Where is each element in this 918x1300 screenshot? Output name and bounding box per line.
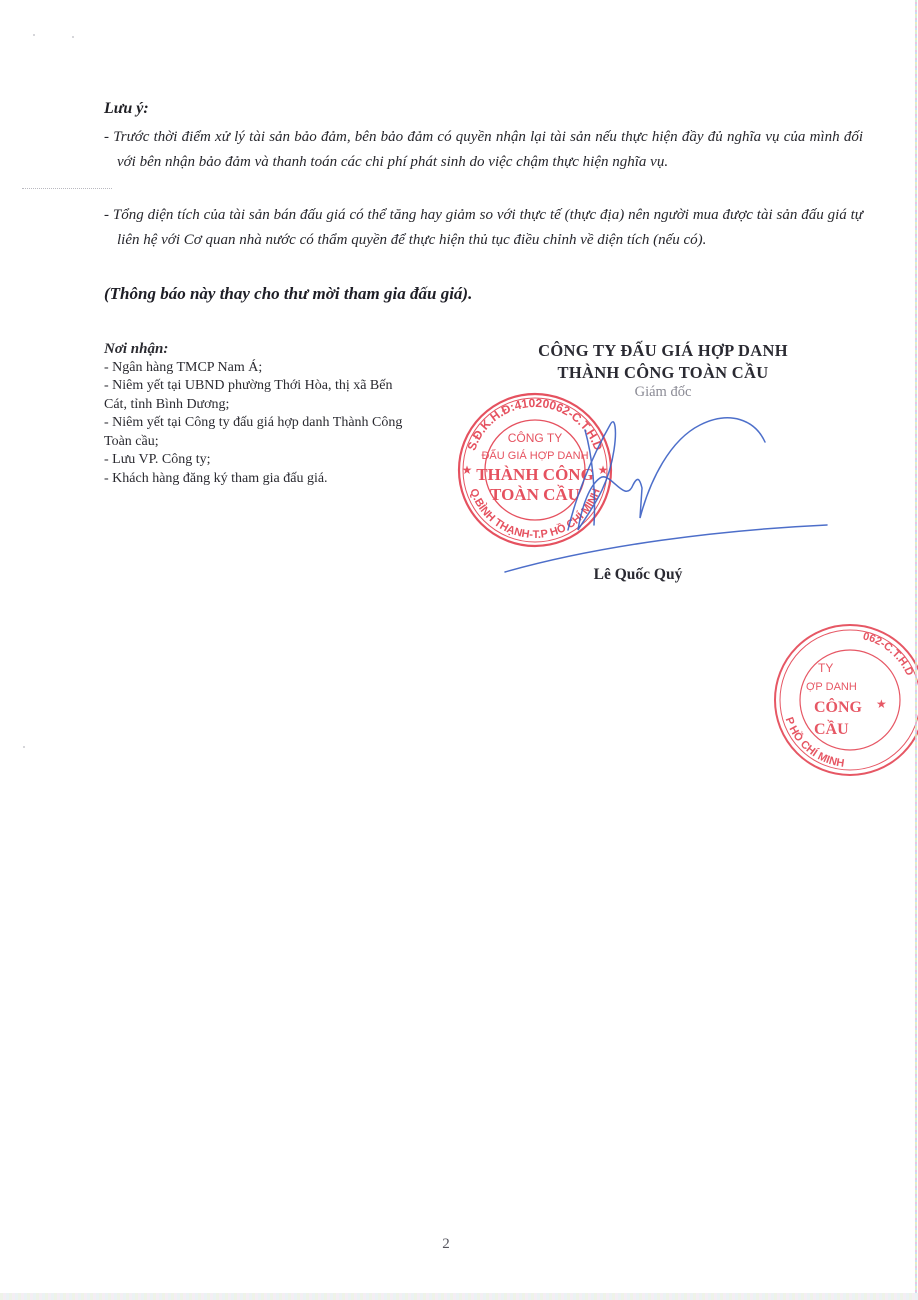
signer-position: Giám đốc xyxy=(478,384,848,401)
document-page: Lưu ý: - Trước thời điểm xử lý tài sản b… xyxy=(0,0,918,1300)
svg-text:P HỒ CHÍ MINH: P HỒ CHÍ MINH xyxy=(783,716,845,770)
svg-text:THÀNH CÔNG: THÀNH CÔNG xyxy=(476,465,594,484)
recipients-block: Nơi nhận: - Ngân hàng TMCP Nam Á; - Niêm… xyxy=(104,340,404,488)
svg-text:★: ★ xyxy=(598,463,609,477)
recipient-item: - Niêm yết tại Công ty đấu giá hợp danh … xyxy=(104,414,404,451)
signer-name: Lê Quốc Quý xyxy=(478,566,798,584)
recipient-item: - Niêm yết tại UBND phường Thới Hòa, thị… xyxy=(104,377,404,414)
svg-text:062-C.T.H.D: 062-C.T.H.D xyxy=(862,630,916,677)
scan-speck xyxy=(33,34,35,36)
company-line: THÀNH CÔNG TOÀN CẦU xyxy=(478,362,848,384)
stamp-and-signature-layer: S.Đ.K.H.Đ:41020062-C.T.H.D Q.BÌNH THẠNH-… xyxy=(0,0,918,1300)
recipient-item: - Khách hàng đăng ký tham gia đấu giá. xyxy=(104,470,404,489)
note-title: Lưu ý: xyxy=(104,100,149,118)
scan-speck xyxy=(72,36,74,38)
svg-text:ỢP DANH: ỢP DANH xyxy=(806,681,857,693)
company-seal-icon: S.Đ.K.H.Đ:41020062-C.T.H.D Q.BÌNH THẠNH-… xyxy=(459,394,611,546)
notice-text: (Thông báo này thay cho thư mời tham gia… xyxy=(104,284,472,304)
svg-text:CÔNG: CÔNG xyxy=(814,697,863,716)
scan-edge xyxy=(0,1293,918,1300)
note-item: - Tổng diện tích của tài sản bán đấu giá… xyxy=(104,203,863,252)
recipient-item: - Ngân hàng TMCP Nam Á; xyxy=(104,359,404,378)
partial-seal-icon: 062-C.T.H.D P HỒ CHÍ MINH ★ TY ỢP DANH C… xyxy=(775,625,918,775)
scan-speck xyxy=(23,746,25,748)
scan-edge xyxy=(915,0,917,1300)
svg-text:Q.BÌNH THẠNH-T.P HỒ CHÍ MINH: Q.BÌNH THẠNH-T.P HỒ CHÍ MINH xyxy=(467,487,603,541)
page-number: 2 xyxy=(436,1236,456,1253)
svg-text:TOÀN CẦU: TOÀN CẦU xyxy=(490,485,580,504)
signature-icon xyxy=(505,418,827,572)
svg-text:CẦU: CẦU xyxy=(814,719,849,738)
svg-text:S.Đ.K.H.Đ:41020062-C.T.H.D: S.Đ.K.H.Đ:41020062-C.T.H.D xyxy=(464,396,605,453)
svg-text:TY: TY xyxy=(818,661,833,675)
scan-artifact xyxy=(22,188,112,190)
recipient-item: - Lưu VP. Công ty; xyxy=(104,451,404,470)
svg-text:★: ★ xyxy=(876,697,887,711)
recipients-title: Nơi nhận: xyxy=(104,340,404,359)
note-item: - Trước thời điểm xử lý tài sản bảo đảm,… xyxy=(104,125,863,174)
svg-text:ĐẤU GIÁ HỢP DANH: ĐẤU GIÁ HỢP DANH xyxy=(481,449,588,462)
company-name: CÔNG TY ĐẤU GIÁ HỢP DANH THÀNH CÔNG TOÀN… xyxy=(478,340,848,384)
company-line: CÔNG TY ĐẤU GIÁ HỢP DANH xyxy=(478,340,848,362)
svg-text:★: ★ xyxy=(462,463,473,477)
svg-text:CÔNG TY: CÔNG TY xyxy=(508,430,562,445)
